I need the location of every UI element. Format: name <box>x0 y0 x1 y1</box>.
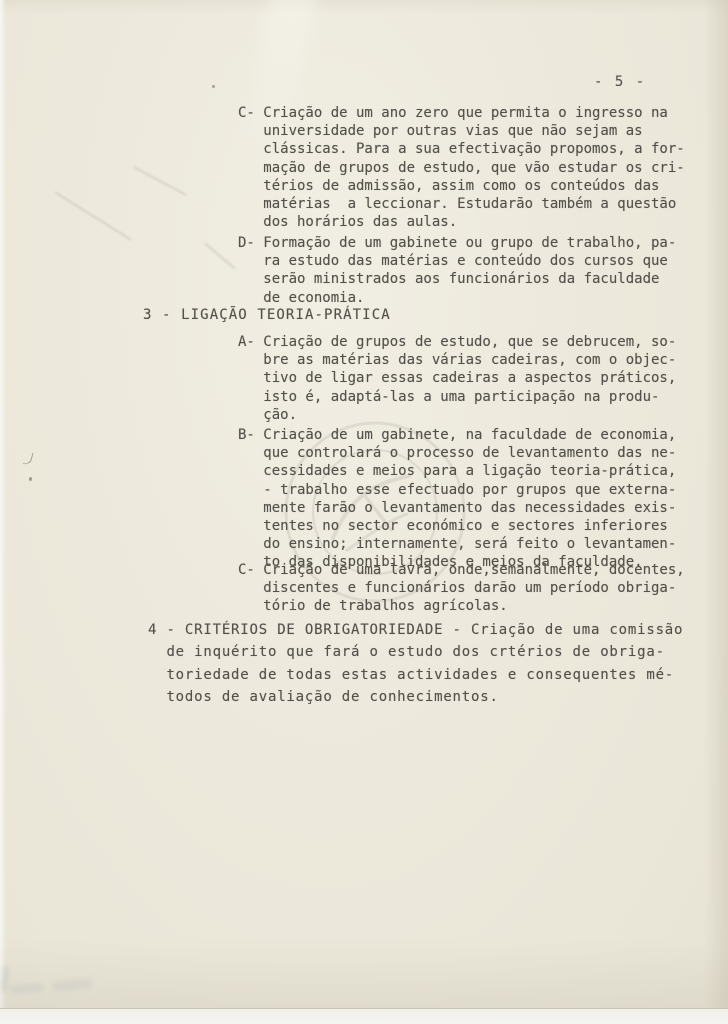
scan-edge-right <box>704 0 728 1024</box>
paragraph-item-d: D- Formação de um gabinete ou grupo de t… <box>238 234 676 307</box>
paragraph-item-a: A- Criação de grupos de estudo, que se d… <box>238 333 676 424</box>
scanned-document-page: - 5 - C- Criação de um ano zero que perm… <box>0 0 728 1024</box>
paragraph-item-c: C- Criação de um ano zero que permita o … <box>238 104 685 231</box>
paper-bottom-shadow <box>0 938 728 1008</box>
scan-edge-left <box>0 0 6 1024</box>
page-number: - 5 - <box>594 74 646 90</box>
paragraph-item-b: B- Criação de um gabinete, na faculdade … <box>238 426 676 572</box>
scan-edge-bottom <box>0 1008 728 1024</box>
section-4-paragraph: 4 - CRITÉRIOS DE OBRIGATORIEDADE - Criaç… <box>148 619 683 709</box>
paragraph-item-c2: C- Criação de uma lavra, onde,semanalmen… <box>238 561 685 616</box>
section-3-heading: 3 - LIGAÇÃO TEORIA-PRÁTICA <box>143 306 391 324</box>
ink-speck <box>29 477 32 481</box>
ink-speck <box>212 85 215 88</box>
scan-edge-top <box>0 0 728 14</box>
